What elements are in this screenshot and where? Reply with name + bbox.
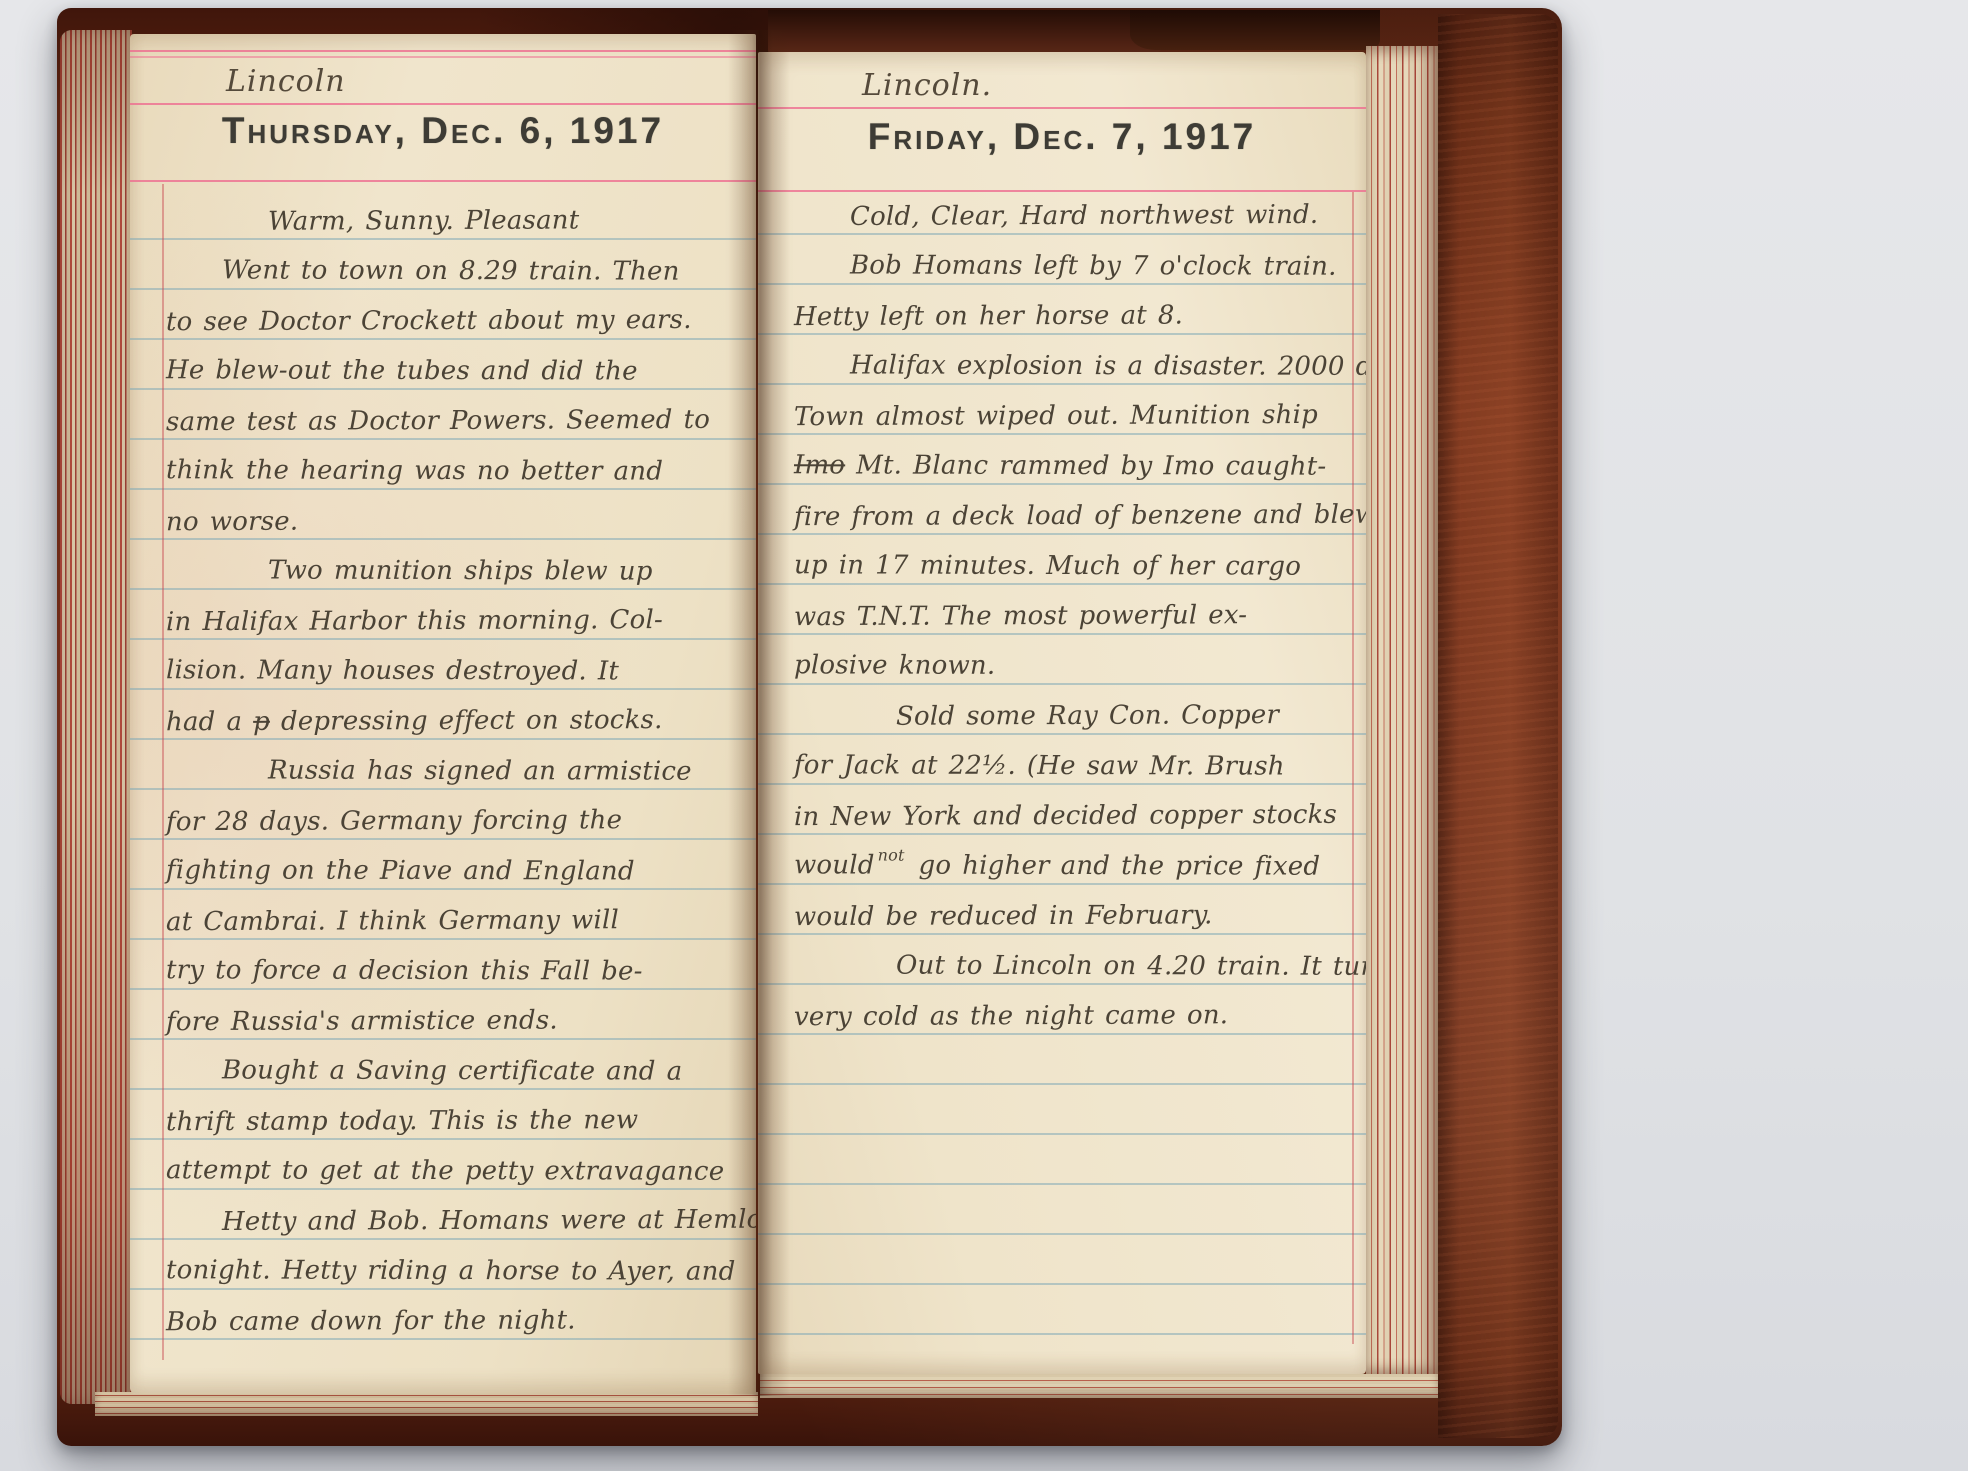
location-heading-left: Lincoln	[226, 64, 346, 99]
location-heading-right: Lincoln.	[862, 68, 992, 103]
diary-line: in Halifax Harbor this morning. Col-	[130, 595, 756, 648]
page-edges-right	[1366, 46, 1438, 1376]
diary-line: up in 17 minutes. Much of her cargo	[758, 540, 1366, 592]
diary-page-right: Lincoln. Friday, Dec. 7, 1917 Cold, Clea…	[758, 52, 1366, 1374]
diary-entry-right: Cold, Clear, Hard northwest wind.Bob Hom…	[758, 191, 1366, 1041]
date-heading-right: Friday, Dec. 7, 1917	[758, 116, 1366, 158]
page-edges-left	[60, 30, 132, 1404]
diary-line: lision. Many houses destroyed. It	[130, 645, 756, 697]
page-edges-bottom-right	[760, 1374, 1438, 1398]
diary-line: Halifax explosion is a disaster. 2000 de…	[758, 340, 1366, 392]
diary-line: Warm, Sunny. Pleasant	[130, 195, 756, 248]
pink-rule-under-date	[130, 180, 756, 182]
diary-line: for Jack at 22½. (He saw Mr. Brush	[758, 740, 1366, 792]
torn-page-remnant	[768, 10, 1168, 58]
diary-line: Went to town on 8.29 train. Then	[130, 245, 756, 297]
diary-line: Town almost wiped out. Munition ship	[758, 390, 1366, 443]
diary-line: wouldnot go higher and the price fixed	[758, 840, 1366, 892]
diary-line: Bob came down for the night.	[130, 1295, 756, 1348]
pink-rule-under-location	[758, 107, 1366, 109]
pink-rule-top	[130, 50, 756, 52]
diary-scan: Lincoln Thursday, Dec. 6, 1917 Warm, Sun…	[0, 0, 1968, 1471]
diary-line: Hetty and Bob. Homans were at Hemlocks	[130, 1195, 756, 1248]
diary-line: Cold, Clear, Hard northwest wind.	[758, 190, 1366, 243]
diary-line: thrift stamp today. This is the new	[130, 1095, 756, 1148]
diary-line: no worse.	[130, 495, 756, 548]
diary-line: Hetty left on her horse at 8.	[758, 290, 1366, 343]
torn-page-remnant-2	[1130, 10, 1380, 50]
diary-line: fire from a deck load of benzene and ble…	[758, 490, 1366, 543]
diary-line: He blew-out the tubes and did the	[130, 345, 756, 397]
diary-line: in New York and decided copper stocks	[758, 790, 1366, 843]
diary-line: Two munition ships blew up	[130, 545, 756, 597]
diary-line: was T.N.T. The most powerful ex-	[758, 590, 1366, 643]
diary-line: Bought a Saving certificate and a	[130, 1045, 756, 1097]
diary-line: think the hearing was no better and	[130, 445, 756, 497]
diary-line: fighting on the Piave and England	[130, 845, 756, 897]
book-cover-right-panel	[1438, 14, 1558, 1438]
diary-line: Bob Homans left by 7 o'clock train.	[758, 240, 1366, 292]
diary-line: for 28 days. Germany forcing the	[130, 795, 756, 848]
diary-line: Imo Mt. Blanc rammed by Imo caught-	[758, 440, 1366, 492]
diary-line: tonight. Hetty riding a horse to Ayer, a…	[130, 1245, 756, 1297]
diary-page-left: Lincoln Thursday, Dec. 6, 1917 Warm, Sun…	[130, 34, 756, 1394]
diary-line: had a p depressing effect on stocks.	[130, 695, 756, 748]
diary-line: Russia has signed an armistice	[130, 745, 756, 797]
page-edges-bottom-left	[95, 1392, 758, 1416]
diary-line: to see Doctor Crockett about my ears.	[130, 295, 756, 348]
diary-line: at Cambrai. I think Germany will	[130, 895, 756, 948]
date-heading-left: Thursday, Dec. 6, 1917	[130, 110, 756, 152]
pink-rule-under-location	[130, 103, 756, 105]
diary-line: Sold some Ray Con. Copper	[758, 690, 1366, 743]
diary-entry-left: Warm, Sunny. PleasantWent to town on 8.2…	[130, 196, 756, 1346]
diary-line: try to force a decision this Fall be-	[130, 945, 756, 997]
diary-line: would be reduced in February.	[758, 890, 1366, 943]
diary-line: attempt to get at the petty extravagance	[130, 1145, 756, 1197]
diary-line: fore Russia's armistice ends.	[130, 995, 756, 1048]
diary-line: same test as Doctor Powers. Seemed to	[130, 395, 756, 448]
diary-line: plosive known.	[758, 640, 1366, 692]
diary-line: Out to Lincoln on 4.20 train. It turned	[758, 940, 1366, 992]
diary-line: very cold as the night came on.	[758, 990, 1366, 1043]
